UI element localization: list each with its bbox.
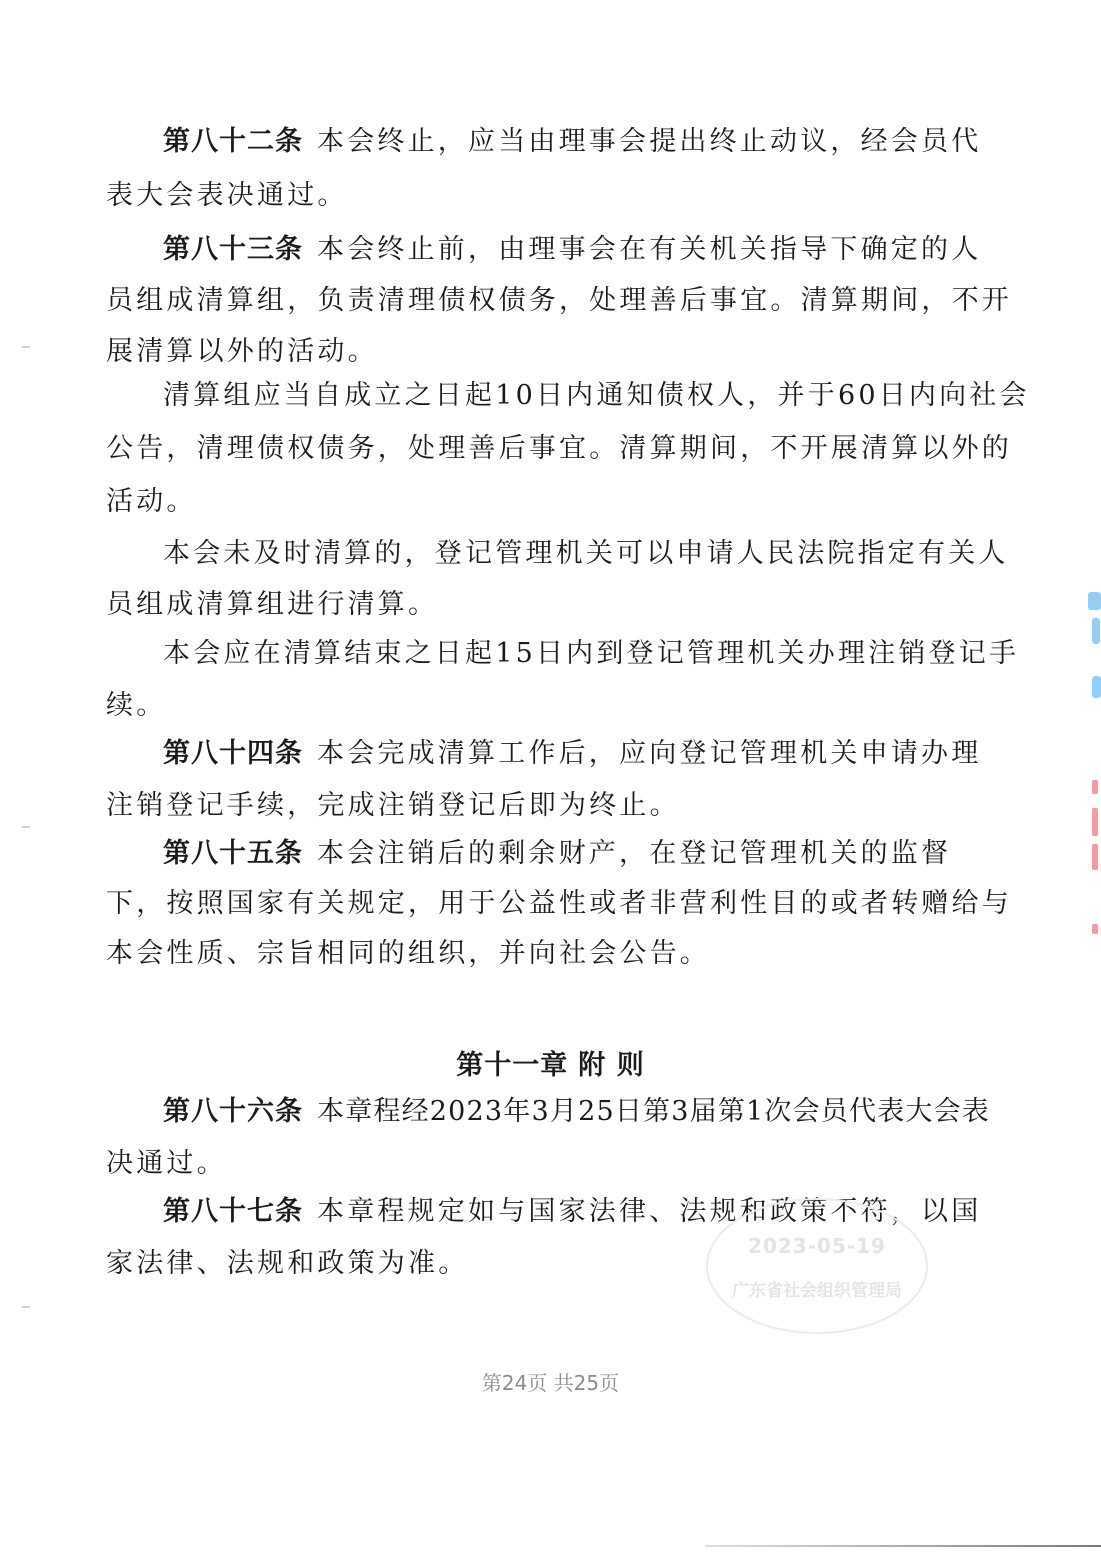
chapter-number: 第十一章 bbox=[456, 1050, 568, 1081]
scan-speck bbox=[22, 826, 30, 828]
scan-edge-mark bbox=[1088, 592, 1101, 610]
chapter-title: 附 则 bbox=[578, 1050, 644, 1081]
article-82-line-1: 第八十二条本会终止，应当由理事会提出终止动议，经会员代 bbox=[163, 124, 981, 160]
article-84-line-1: 第八十四条本会完成清算工作后，应向登记管理机关申请办理 bbox=[163, 736, 981, 772]
document-page: 第八十二条本会终止，应当由理事会提出终止动议，经会员代 表大会表决通过。 第八十… bbox=[0, 0, 1101, 1557]
scan-edge-mark bbox=[1092, 924, 1098, 934]
scan-edge-mark bbox=[1092, 676, 1101, 698]
scan-speck bbox=[22, 1306, 30, 1308]
article-85-line-3: 本会性质、宗旨相同的组织，并向社会公告。 bbox=[106, 936, 710, 972]
scan-edge-mark bbox=[1092, 808, 1098, 836]
scan-speck bbox=[22, 346, 30, 348]
stamp-organization: 广东省社会组织管理局 bbox=[708, 1276, 926, 1301]
paragraph-liquidation-line-1: 清算组应当自成立之日起10日内通知债权人，并于60日内向社会 bbox=[163, 378, 1030, 414]
article-number: 第八十三条 bbox=[163, 234, 303, 265]
paragraph-court-line-1: 本会未及时清算的，登记管理机关可以申请人民法院指定有关人 bbox=[163, 536, 1009, 572]
article-85-line-2: 下，按照国家有关规定，用于公益性或者非营利性目的或者转赠给与 bbox=[106, 886, 1012, 922]
paragraph-court-line-2: 员组成清算组进行清算。 bbox=[106, 587, 438, 623]
official-stamp: 2023-05-19 广东省社会组织管理局 bbox=[706, 1198, 928, 1334]
article-number: 第八十七条 bbox=[163, 1196, 303, 1227]
article-82-line-2: 表大会表决通过。 bbox=[106, 178, 348, 214]
article-87-line-2: 家法律、法规和政策为准。 bbox=[106, 1246, 468, 1282]
article-86-line-2: 决通过。 bbox=[106, 1146, 227, 1182]
article-number: 第八十六条 bbox=[163, 1096, 303, 1127]
article-83-line-3: 展清算以外的活动。 bbox=[106, 334, 378, 370]
article-83-line-1: 第八十三条本会终止前，由理事会在有关机关指导下确定的人 bbox=[163, 232, 981, 268]
article-text: 本会完成清算工作后，应向登记管理机关申请办理 bbox=[317, 738, 981, 769]
scan-edge-mark bbox=[1092, 780, 1098, 794]
scan-edge-mark bbox=[1092, 844, 1098, 870]
paragraph-deregistration-line-2: 续。 bbox=[106, 688, 166, 724]
paragraph-liquidation-line-3: 活动。 bbox=[106, 484, 197, 520]
stamp-date: 2023-05-19 bbox=[708, 1234, 926, 1258]
page-number: 第24页 共25页 bbox=[0, 1367, 1101, 1396]
article-number: 第八十二条 bbox=[163, 126, 303, 157]
article-text: 本会终止，应当由理事会提出终止动议，经会员代 bbox=[317, 126, 981, 157]
article-text: 本章程经2023年3月25日第3届第1次会员代表大会表 bbox=[317, 1096, 990, 1127]
scan-edge-line bbox=[705, 1545, 1101, 1547]
article-text: 本会终止前，由理事会在有关机关指导下确定的人 bbox=[317, 234, 981, 265]
chapter-heading: 第十一章附 则 bbox=[0, 1048, 1101, 1084]
article-number: 第八十四条 bbox=[163, 738, 303, 769]
paragraph-deregistration-line-1: 本会应在清算结束之日起15日内到登记管理机关办理注销登记手 bbox=[163, 636, 1019, 672]
article-86-line-1: 第八十六条本章程经2023年3月25日第3届第1次会员代表大会表 bbox=[163, 1094, 990, 1130]
article-85-line-1: 第八十五条本会注销后的剩余财产，在登记管理机关的监督 bbox=[163, 836, 951, 872]
paragraph-liquidation-line-2: 公告，清理债权债务，处理善后事宜。清算期间，不开展清算以外的 bbox=[106, 431, 1012, 467]
article-text: 本会注销后的剩余财产，在登记管理机关的监督 bbox=[317, 838, 951, 869]
article-number: 第八十五条 bbox=[163, 838, 303, 869]
article-84-line-2: 注销登记手续，完成注销登记后即为终止。 bbox=[106, 788, 680, 824]
article-83-line-2: 员组成清算组，负责清理债权债务，处理善后事宜。清算期间，不开 bbox=[106, 283, 1012, 319]
scan-edge-mark bbox=[1092, 618, 1100, 644]
